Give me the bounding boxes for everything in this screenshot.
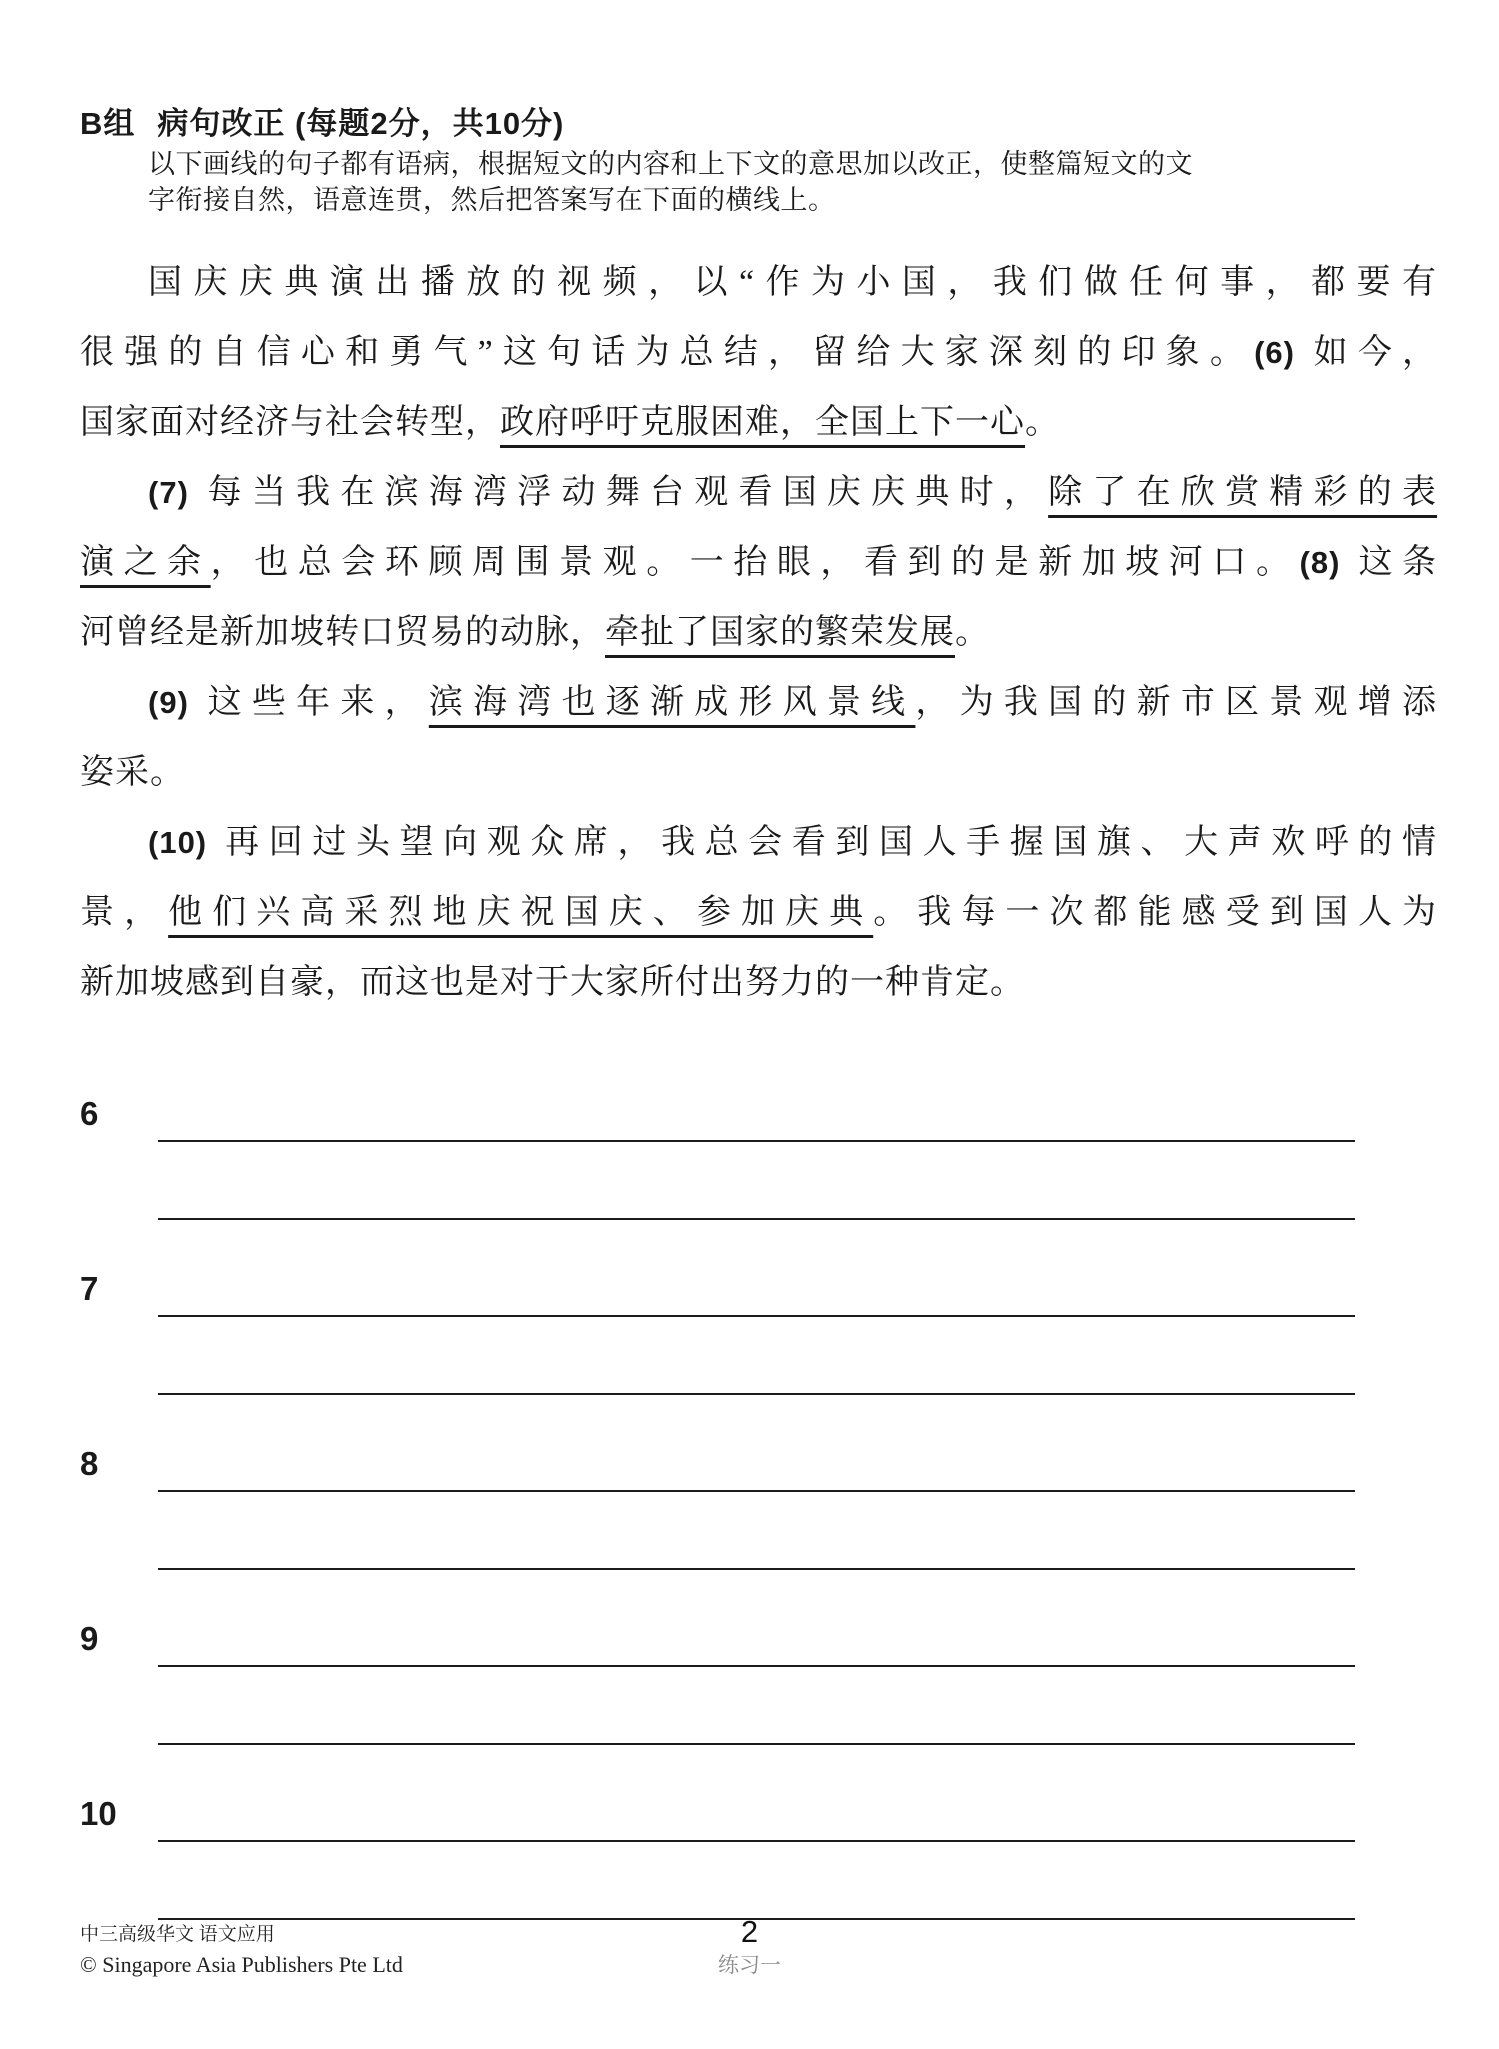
question-marker: (6) <box>1254 335 1295 370</box>
answer-line <box>158 1743 1355 1745</box>
answer-line <box>158 1140 1355 1142</box>
section-title: 病句改正 <box>157 106 285 141</box>
answer-line <box>158 1315 1355 1317</box>
passage-text: 如今， <box>1295 334 1437 371</box>
question-marker: (9) <box>148 685 189 720</box>
passage-text: 景， <box>80 894 168 931</box>
footer-page-info: 2 练习一 <box>0 1912 1499 1978</box>
underlined-segment: 他们兴高采烈地庆祝国庆、参加庆典 <box>168 894 873 931</box>
answer-number: 9 <box>80 1620 98 1658</box>
answer-line <box>158 1568 1355 1570</box>
passage-text: 再回过头望向观众席，我总会看到国人手握国旗、大声欢呼的情 <box>207 824 1437 861</box>
passage-text: 。 <box>1025 404 1060 441</box>
answer-line <box>158 1490 1355 1492</box>
question-marker: (7) <box>148 475 189 510</box>
passage-line: 演之余，也总会环顾周围景观。一抬眼，看到的是新加坡河口。(8) 这条 <box>80 528 1437 598</box>
section-header: B组病句改正 (每题2分，共10分) <box>80 98 1437 143</box>
answer-number: 6 <box>80 1095 98 1133</box>
passage-line: 国家面对经济与社会转型，政府呼吁克服困难，全国上下一心。 <box>80 388 1437 458</box>
answer-number: 8 <box>80 1445 98 1483</box>
passage-line: 国庆庆典演出播放的视频，以“作为小国，我们做任何事，都要有 <box>80 248 1437 318</box>
question-marker: (10) <box>148 825 207 860</box>
passage-line: (10) 再回过头望向观众席，我总会看到国人手握国旗、大声欢呼的情 <box>80 808 1437 878</box>
passage-text: 河曾经是新加坡转口贸易的动脉， <box>80 614 605 651</box>
answer-block-6: 6 <box>80 1095 1437 1245</box>
passage-text: 。我每一次都能感受到国人为 <box>873 894 1437 931</box>
underlined-segment: 牵扯了国家的繁荣发展 <box>605 614 955 651</box>
instruction-line: 以下画线的句子都有语病，根据短文的内容和上下文的意思加以改正，使整篇短文的文 <box>148 146 1429 182</box>
passage-text: 新加坡感到自豪，而这也是对于大家所付出努力的一种肯定。 <box>80 964 1025 1001</box>
answer-line <box>158 1393 1355 1395</box>
answer-number: 7 <box>80 1270 98 1308</box>
passage-line: 新加坡感到自豪，而这也是对于大家所付出努力的一种肯定。 <box>80 948 1437 1018</box>
underlined-segment: 政府呼吁克服困难，全国上下一心 <box>500 404 1025 441</box>
underlined-segment: 除了在欣赏精彩的表 <box>1048 474 1437 511</box>
instruction-line: 字衔接自然，语意连贯，然后把答案写在下面的横线上。 <box>148 182 1429 218</box>
passage-text: 。 <box>955 614 990 651</box>
section-label: B组 <box>80 106 135 141</box>
answer-block-7: 7 <box>80 1270 1437 1420</box>
answer-section: 678910 <box>80 1095 1437 1975</box>
passage-text: 这条 <box>1340 544 1437 581</box>
answer-number: 10 <box>80 1795 117 1833</box>
answer-line <box>158 1218 1355 1220</box>
passage-text: 国庆庆典演出播放的视频，以“作为小国，我们做任何事，都要有 <box>148 264 1437 301</box>
instructions: 以下画线的句子都有语病，根据短文的内容和上下文的意思加以改正，使整篇短文的文 字… <box>148 146 1429 218</box>
passage-text: 这些年来， <box>189 684 429 721</box>
passage-line: (9) 这些年来，滨海湾也逐渐成形风景线，为我国的新市区景观增添 <box>80 668 1437 738</box>
passage-text: 很强的自信心和勇气”这句话为总结，留给大家深刻的印象。 <box>80 334 1254 371</box>
underlined-segment: 演之余 <box>80 544 211 581</box>
underlined-segment: 滨海湾也逐渐成形风景线 <box>429 684 916 721</box>
worksheet-page: B组病句改正 (每题2分，共10分) 以下画线的句子都有语病，根据短文的内容和上… <box>0 0 1499 2049</box>
passage-line: 河曾经是新加坡转口贸易的动脉，牵扯了国家的繁荣发展。 <box>80 598 1437 668</box>
passage-text: ，为我国的新市区景观增添 <box>915 684 1437 721</box>
passage-text: 每当我在滨海湾浮动舞台观看国庆庆典时， <box>189 474 1048 511</box>
exercise-label: 练习一 <box>0 1952 1499 1978</box>
passage-line: 姿采。 <box>80 738 1437 808</box>
passage-line: 很强的自信心和勇气”这句话为总结，留给大家深刻的印象。(6) 如今， <box>80 318 1437 388</box>
passage-line: 景，他们兴高采烈地庆祝国庆、参加庆典。我每一次都能感受到国人为 <box>80 878 1437 948</box>
passage: 国庆庆典演出播放的视频，以“作为小国，我们做任何事，都要有很强的自信心和勇气”这… <box>80 248 1437 1018</box>
page-number: 2 <box>0 1912 1499 1952</box>
passage-line: (7) 每当我在滨海湾浮动舞台观看国庆庆典时，除了在欣赏精彩的表 <box>80 458 1437 528</box>
answer-line <box>158 1840 1355 1842</box>
answer-block-8: 8 <box>80 1445 1437 1595</box>
question-marker: (8) <box>1300 545 1341 580</box>
passage-text: ，也总会环顾周围景观。一抬眼，看到的是新加坡河口。 <box>211 544 1300 581</box>
passage-text: 姿采。 <box>80 754 185 791</box>
passage-text: 国家面对经济与社会转型， <box>80 404 500 441</box>
answer-block-9: 9 <box>80 1620 1437 1770</box>
answer-line <box>158 1665 1355 1667</box>
section-marks: (每题2分，共10分) <box>295 106 564 141</box>
